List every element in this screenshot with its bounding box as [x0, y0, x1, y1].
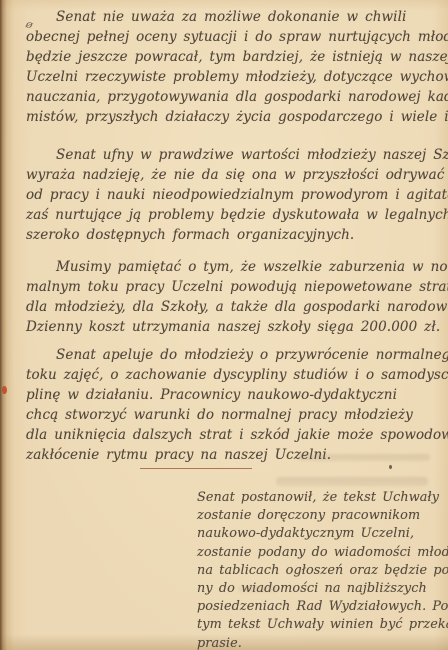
- closing-resolution-block: Senat postanowił, że tekst Uchwałyzostan…: [197, 489, 448, 650]
- handwritten-line: Senat postanowił, że tekst Uchwały: [197, 489, 448, 507]
- handwritten-line: obecnej pełnej oceny sytuacji i do spraw…: [26, 27, 444, 47]
- handwritten-line: plinę w działaniu. Pracownicy naukowo-dy…: [26, 385, 444, 405]
- scanned-document-page: Senat nie uważa za możliwe dokonanie w c…: [0, 0, 448, 650]
- handwritten-line: prasie.: [197, 635, 448, 650]
- handwritten-line: malnym toku pracy Uczelni powodują niepo…: [26, 277, 444, 297]
- handwritten-line: dla uniknięcia dalszych strat i szkód ja…: [26, 425, 444, 445]
- handwritten-line: Senat ufny w prawdziwe wartości młodzież…: [26, 145, 444, 165]
- handwritten-line: zostanie doręczony pracownikom: [197, 507, 448, 525]
- bleedthrough-smudge: [238, 586, 278, 592]
- handwritten-line: wyraża nadzieję, że nie da się ona w prz…: [26, 165, 444, 185]
- handwritten-line: Dzienny koszt utrzymania naszej szkoły s…: [26, 317, 444, 337]
- handwritten-line: naukowo-dydaktycznym Uczelni,: [197, 525, 448, 543]
- ink-speck: [389, 465, 392, 469]
- handwritten-line: posiedzeniach Rad Wydziałowych. Poza: [197, 598, 448, 616]
- paragraph: Senat nie uważa za możliwe dokonanie w c…: [26, 7, 444, 127]
- handwritten-line: zostanie podany do wiadomości młodzieży: [197, 544, 448, 562]
- handwritten-line: będzie jeszcze powracał, tym bardziej, ż…: [26, 47, 444, 67]
- handwritten-line: od pracy i nauki nieodpowiedzialnym prow…: [26, 185, 444, 205]
- handwritten-line: Uczelni rzeczywiste problemy młodzieży, …: [26, 67, 444, 87]
- handwritten-line: dla młodzieży, dla Szkoły, a także dla g…: [26, 297, 444, 317]
- handwritten-line: toku zajęć, o zachowanie dyscypliny stud…: [26, 365, 444, 385]
- handwritten-line: nauczania, przygotowywania dla gospodark…: [26, 87, 444, 107]
- paragraph: Senat ufny w prawdziwe wartości młodzież…: [26, 145, 444, 245]
- handwritten-line: ny do wiadomości na najbliższych: [197, 580, 448, 598]
- handwritten-line: mistów, przyszłych działaczy życia gospo…: [26, 107, 444, 127]
- handwritten-line: zaś nurtujące ją problemy będzie dyskuto…: [26, 205, 444, 225]
- handwritten-line: Senat apeluje do młodzieży o przywróceni…: [26, 345, 444, 365]
- paragraph: Senat apeluje do młodzieży o przywróceni…: [26, 345, 444, 465]
- handwritten-divider-line: [140, 468, 252, 469]
- handwritten-line: chcą stworzyć warunki do normalnej pracy…: [26, 405, 444, 425]
- handwritten-line: Musimy pamiętać o tym, że wszelkie zabur…: [26, 257, 444, 277]
- paragraph: Musimy pamiętać o tym, że wszelkie zabur…: [26, 257, 444, 337]
- handwritten-line: tym tekst Uchwały winien być przekazany: [197, 616, 448, 634]
- handwritten-line: na tablicach ogłoszeń oraz będzie poda-: [197, 562, 448, 580]
- main-text-column: Senat nie uważa za możliwe dokonanie w c…: [0, 0, 448, 469]
- bleedthrough-smudge: [298, 454, 430, 461]
- paragraphs-container: Senat nie uważa za możliwe dokonanie w c…: [26, 7, 444, 465]
- red-paper-speck: [2, 386, 7, 394]
- handwritten-line: Senat nie uważa za możliwe dokonanie w c…: [26, 7, 444, 27]
- handwritten-line: szeroko dostępnych formach organizacyjny…: [26, 225, 444, 245]
- bleedthrough-smudge: [276, 477, 428, 486]
